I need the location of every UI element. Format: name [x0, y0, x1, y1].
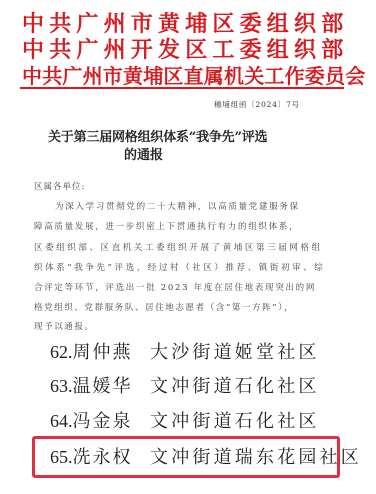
person-name: 冯金泉 [73, 407, 133, 433]
person-name: 温媛华 [73, 372, 133, 398]
community-name: 文冲街道石化社区 [150, 372, 320, 398]
body-line: 现予以通报。 [34, 320, 95, 332]
item-number: 62. [50, 342, 73, 363]
item-number: 63. [50, 376, 73, 397]
community-name: 文冲街道石化社区 [150, 407, 320, 433]
document-number: 穗埔组函〔2024〕7号 [214, 99, 300, 110]
body-line: 障高质量发展，进一步织密上下贯通执行有力的组织体系， [34, 220, 299, 232]
body-line: 格党组织、党群服务队、居住地志愿者（含“第一方阵”）， [34, 301, 294, 313]
community-name: 文冲街道瑞东花园社区 [150, 443, 362, 469]
body-line: 为深入学习贯彻党的二十大精神，以高质量党建服务保 [55, 200, 300, 212]
list-item: 64. 冯金泉 文冲街道石化社区 [50, 407, 133, 433]
item-number: 64. [50, 411, 73, 432]
body-line: 合评定等环节，评选出一批 2023 年度在居住地表现突出的网 [34, 281, 316, 293]
person-name: 冼永权 [73, 443, 133, 469]
salutation: 区属各单位: [34, 180, 85, 192]
community-name: 大沙街道姬堂社区 [150, 338, 320, 364]
list-item: 63. 温媛华 文冲街道石化社区 [50, 372, 133, 398]
list-item: 62. 周仲燕 大沙街道姬堂社区 [50, 338, 133, 364]
body-line: 区委组织部、区直机关工委组织开展了黄埔区第三届网格组 [34, 241, 323, 253]
person-name: 周仲燕 [73, 338, 133, 364]
body-line: 织体系“我争先”评选，经过村（社区）推荐、镇街初审、综 [34, 261, 325, 273]
document-title-line-2: 的通报 [124, 147, 163, 165]
list-item-highlighted: 65. 冼永权 文冲街道瑞东花园社区 [50, 443, 133, 469]
document-title-line-1: 关于第三届网格组织体系“我争先”评选 [48, 129, 267, 147]
item-number: 65. [50, 447, 73, 468]
issuing-org-3: 中共广州市黄埔区直属机关工作委员会 [22, 60, 365, 89]
red-header-divider [20, 87, 344, 89]
